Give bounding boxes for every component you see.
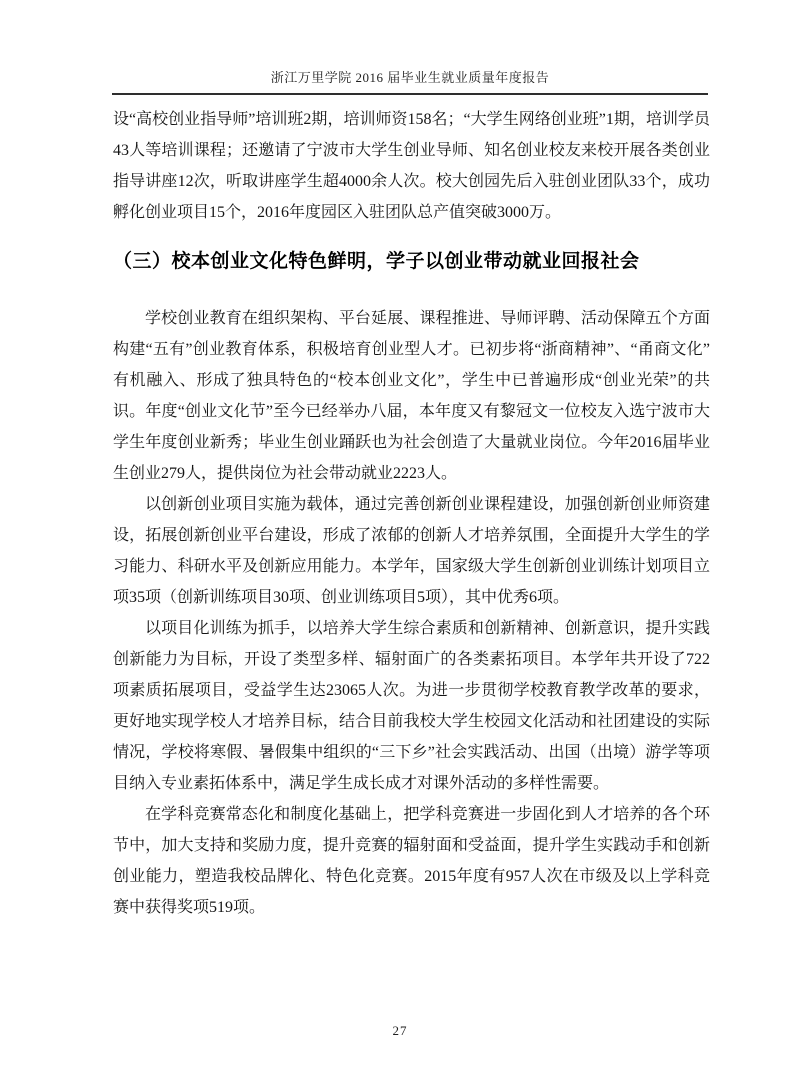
paragraph-quality-development: 以项目化训练为抓手，以培养大学生综合素质和创新精神、创新意识，提升实践创新能力为… bbox=[113, 613, 710, 799]
running-header-title: 浙江万里学院 2016 届毕业生就业质量年度报告 bbox=[112, 70, 708, 85]
document-page: 浙江万里学院 2016 届毕业生就业质量年度报告 设“高校创业指导师”培训班2期… bbox=[0, 0, 800, 1085]
paragraph-entrepreneurship-culture: 学校创业教育在组织架构、平台延展、课程推进、导师评聘、活动保障五个方面构建“五有… bbox=[113, 303, 710, 489]
paragraph-continuation: 设“高校创业指导师”培训班2期，培训师资158名；“大学生网络创业班”1期，培训… bbox=[113, 104, 710, 228]
page-number: 27 bbox=[393, 1023, 408, 1038]
section-heading: （三）校本创业文化特色鲜明，学子以创业带动就业回报社会 bbox=[113, 246, 710, 278]
header-rule bbox=[112, 93, 708, 95]
paragraph-discipline-competitions: 在学科竞赛常态化和制度化基础上，把学科竞赛进一步固化到人才培养的各个环节中，加大… bbox=[113, 799, 710, 923]
page-footer: 27 bbox=[0, 1022, 800, 1040]
document-body: 设“高校创业指导师”培训班2期，培训师资158名；“大学生网络创业班”1期，培训… bbox=[113, 104, 710, 923]
running-header: 浙江万里学院 2016 届毕业生就业质量年度报告 bbox=[112, 70, 708, 95]
paragraph-innovation-projects: 以创新创业项目实施为载体，通过完善创新创业课程建设，加强创新创业师资建设，拓展创… bbox=[113, 489, 710, 613]
